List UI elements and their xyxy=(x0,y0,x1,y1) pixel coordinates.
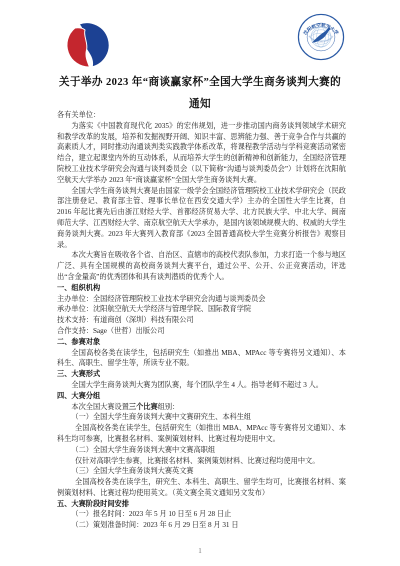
grouping-intro-pre: 本次全国大赛设置 xyxy=(71,403,129,411)
group-3-label: （三）全国大学生商务谈判大赛英文赛 xyxy=(57,466,346,477)
section-heading-participants: 二、参赛对象 xyxy=(57,337,346,348)
salutation: 各有关单位： xyxy=(57,110,346,121)
section-heading-schedule: 五、大赛阶段时间安排 xyxy=(57,499,346,510)
org-tech-support-line: 技术支持：有道商创（深圳）科技有限公司 xyxy=(57,315,346,326)
org-cooperation-line: 合作支持：Sage（世哲）出版公司 xyxy=(57,326,346,337)
notice-document-page: 沈阳航空航天大学 SHENYANG AEROSPACE UNIVERSITY 关… xyxy=(0,0,400,566)
section-heading-format: 三、大赛形式 xyxy=(57,369,346,380)
university-seal-icon: 沈阳航空航天大学 SHENYANG AEROSPACE UNIVERSITY xyxy=(297,13,345,61)
group-1-label: （一）全国大学生商务谈判大赛中文赛研究生、本科生组 xyxy=(57,412,346,423)
schedule-registration-line: （一）报名时间：2023 年 5 月 10 日至 6 月 28 日止 xyxy=(57,509,346,520)
group-2-desc: 仅针对高职学生参赛，比赛报名材料、案例策划材料、比赛过程均使用中文。 xyxy=(57,456,346,467)
intro-paragraph-1: 为落实《中国教育现代化 2035》的宏伟规划，进一步推动国内商务谈判领域学术研究… xyxy=(57,121,346,186)
section-heading-grouping: 四、大赛分组 xyxy=(57,391,346,402)
intro-paragraph-3: 本次大赛旨在吸收各个省、自治区、直辖市的高校代表队参加，力求打造一个参与地区广泛… xyxy=(57,250,346,282)
page-number: 1 xyxy=(0,547,400,555)
grouping-intro-post: 组别： xyxy=(158,403,180,411)
format-body: 全国大学生商务谈判大赛为团队赛，每个团队学生 4 人。指导老师不超过 3 人。 xyxy=(57,380,346,391)
document-body: 各有关单位： 为落实《中国教育现代化 2035》的宏伟规划，进一步推动国内商务谈… xyxy=(57,110,346,531)
grouping-intro-bold: 三个比赛 xyxy=(129,403,158,411)
title-line-1: 关于举办 2023 年“商谈赢家杯”全国大学生商务谈判大赛的 xyxy=(30,72,370,94)
competition-logo-icon xyxy=(62,20,112,70)
participants-body: 全国高校各类在读学生，包括研究生（如推出 MBA、MPAcc 等专赛将另文通知）… xyxy=(57,348,346,370)
grouping-intro: 本次全国大赛设置三个比赛组别： xyxy=(57,402,346,413)
group-1-desc: 全国高校各类在读学生，包括研究生（如推出 MBA、MPAcc 等专赛将另文通知）… xyxy=(57,423,346,445)
group-2-label: （二）全国大学生商务谈判大赛中文赛高职组 xyxy=(57,445,346,456)
document-header: 沈阳航空航天大学 SHENYANG AEROSPACE UNIVERSITY xyxy=(0,0,400,75)
org-host-line: 主办单位：全国经济管理院校工业技术学研究会沟通与谈判委员会 xyxy=(57,294,346,305)
section-heading-organization: 一、组织机构 xyxy=(57,283,346,294)
group-3-desc: 全国高校各类在读学生，研究生、本科生、高职生、留学生均可，比赛报名材料、案例策划… xyxy=(57,477,346,499)
org-undertaker-line: 承办单位：沈阳航空航天大学经济与管理学院、国际教育学院 xyxy=(57,304,346,315)
schedule-preparation-line: （二）策划准备时间：2023 年 6 月 29 日至 8 月 31 日 xyxy=(57,520,346,531)
intro-paragraph-2: 全国大学生商务谈判大赛是由国家一级学会全国经济管理院校工业技术学研究会（民政部注… xyxy=(57,186,346,251)
